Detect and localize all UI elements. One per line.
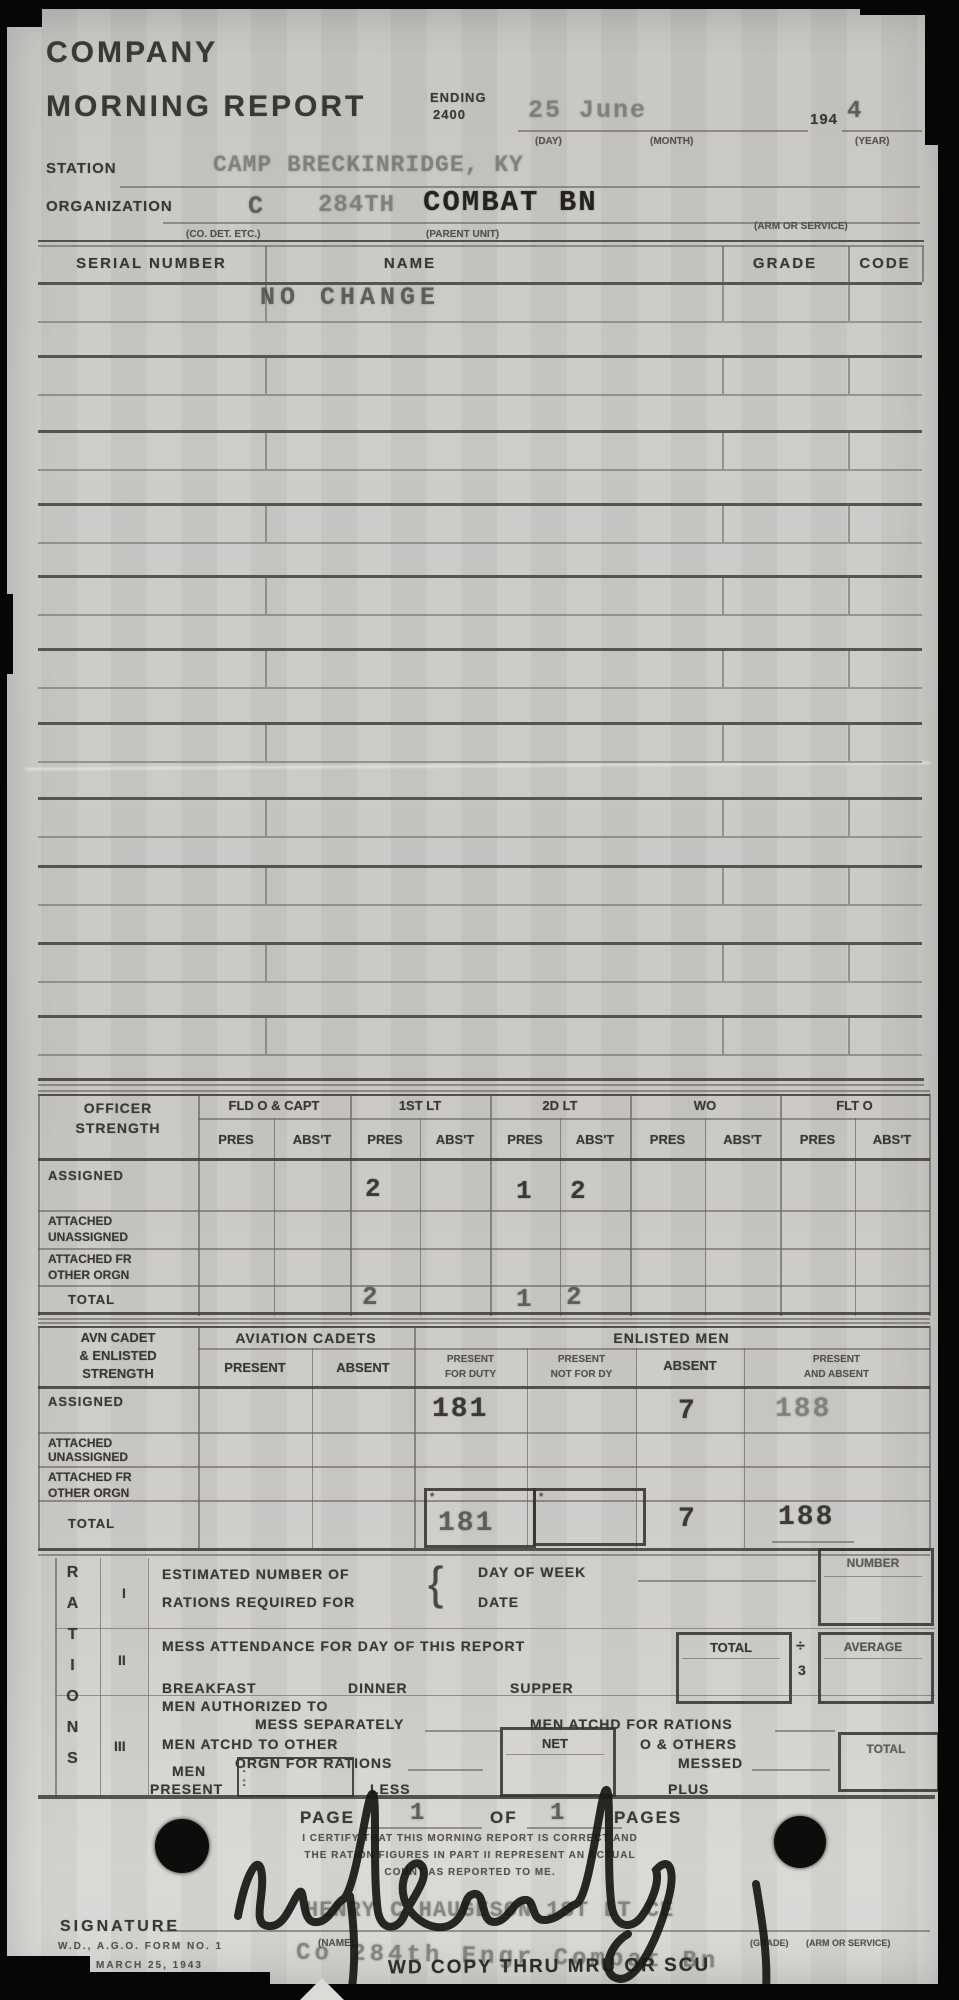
photo-edge-left-notch xyxy=(0,594,13,674)
officer-header-line2: STRENGTH xyxy=(58,1120,178,1136)
year-typed: 4 xyxy=(847,98,861,125)
officer-total-2dlt-abst: 2 xyxy=(566,1282,582,1312)
stray-mark: : xyxy=(242,1774,246,1789)
mess-total-label: TOTAL xyxy=(676,1640,786,1655)
col-present-and-absent-2: AND ABSENT xyxy=(744,1369,929,1380)
page-number: 1 xyxy=(410,1800,424,1827)
record-row xyxy=(38,797,922,838)
footnote-mark: * xyxy=(430,1491,434,1503)
ending-label: ENDING xyxy=(430,90,487,105)
record-row xyxy=(38,942,922,983)
col-present-not-for-dy-2: NOT FOR DY xyxy=(527,1369,636,1380)
pages-label: PAGES xyxy=(614,1808,682,1828)
year-label: (YEAR) xyxy=(855,136,889,147)
page-label: PAGE xyxy=(300,1808,355,1828)
enlisted-row-attached2b: OTHER ORGN xyxy=(48,1486,129,1500)
officer-group-1stlt: 1ST LT xyxy=(350,1098,490,1113)
records-col-name: NAME xyxy=(330,255,490,272)
rations-total-box xyxy=(838,1732,940,1792)
record-row xyxy=(38,430,922,471)
total-present-not-for-dy-box xyxy=(533,1488,646,1546)
parent-unit-label: (PARENT UNIT) xyxy=(426,229,499,240)
enlisted-total-present-for-duty: 181 xyxy=(438,1508,494,1539)
cadets-col-present: PRESENT xyxy=(198,1360,312,1375)
rations1-line2: RATIONS REQUIRED FOR xyxy=(162,1594,355,1610)
rations-numeral-2: II xyxy=(118,1652,126,1668)
of-label: OF xyxy=(490,1808,518,1828)
rations3-men: MEN xyxy=(172,1763,206,1779)
photo-edge-right-upper xyxy=(925,0,959,145)
rations2-supper: SUPPER xyxy=(510,1680,574,1696)
form-date: MARCH 25, 1943 xyxy=(96,1960,203,1971)
officer-total-1stlt-pres: 2 xyxy=(362,1282,378,1312)
record-row xyxy=(38,648,922,689)
photo-edge-top xyxy=(0,0,959,9)
divide-sign: ÷ xyxy=(796,1638,805,1656)
scanned-morning-report: COMPANY MORNING REPORT ENDING 2400 25 Ju… xyxy=(0,0,959,2000)
rations1-day-of-week: DAY OF WEEK xyxy=(478,1564,586,1580)
total-pages: 1 xyxy=(550,1800,564,1827)
enlisted-row-total: TOTAL xyxy=(68,1516,115,1531)
enlisted-total-absent: 7 xyxy=(678,1504,695,1535)
rations2-title: MESS ATTENDANCE FOR DAY OF THIS REPORT xyxy=(162,1638,525,1654)
rations3-less: LESS xyxy=(370,1781,411,1797)
record-row xyxy=(38,503,922,544)
officer-subcol-pres: PRES xyxy=(780,1132,855,1147)
rations3-line4: MEN ATCHD TO OTHER xyxy=(162,1736,338,1752)
enlisted-assigned-present-for-duty: 181 xyxy=(432,1394,488,1425)
day-label: (DAY) xyxy=(535,136,562,147)
col-present-for-duty-2: FOR DUTY xyxy=(414,1369,527,1380)
org-stamp-entry: COMBAT BN xyxy=(423,186,598,219)
rations3-line1: MEN AUTHORIZED TO xyxy=(162,1698,328,1714)
rations-numeral-3: III xyxy=(114,1738,126,1754)
col-present-for-duty-1: PRESENT xyxy=(414,1354,527,1365)
enlisted-header-line2: & ENLISTED xyxy=(58,1348,178,1363)
arm-service-label-footer: (ARM OR SERVICE) xyxy=(806,1938,890,1948)
officer-subcol-pres: PRES xyxy=(630,1132,705,1147)
officer-subcol-pres: PRES xyxy=(490,1132,560,1147)
certification-line2: THE RATION FIGURES IN PART II REPRESENT … xyxy=(285,1850,655,1861)
paper-corner-fold xyxy=(300,1978,344,2000)
officer-row-attached2a: ATTACHED FR xyxy=(48,1252,132,1266)
photo-edge-bottom-left2 xyxy=(80,1972,270,2000)
photo-edge-right xyxy=(938,0,959,2000)
certification-line1: I CERTIFY THAT THIS MORNING REPORT IS CO… xyxy=(285,1833,655,1844)
punch-hole-left xyxy=(155,1819,209,1873)
officer-subcol-abst: ABS'T xyxy=(274,1132,350,1147)
org-unit-entry: 284TH xyxy=(318,192,395,219)
punch-hole-right xyxy=(774,1816,826,1868)
photo-edge-left xyxy=(0,0,7,2000)
officer-group-2dlt: 2D LT xyxy=(490,1098,630,1113)
divide-three: 3 xyxy=(798,1662,806,1678)
rations3-line7: MESSED xyxy=(678,1755,743,1771)
stray-mark: : xyxy=(242,1760,246,1775)
officer-row-attached1b: UNASSIGNED xyxy=(48,1230,128,1244)
form-number: W.D., A.G.O. FORM NO. 1 xyxy=(58,1941,223,1952)
net-box-label: NET xyxy=(500,1736,610,1751)
form-title-line1: COMPANY xyxy=(46,36,218,70)
co-det-label: (CO. DET. ETC.) xyxy=(186,229,260,240)
officer-subcol-abst: ABS'T xyxy=(855,1132,929,1147)
station-entry: CAMP BRECKINRIDGE, KY xyxy=(213,152,524,178)
cadets-col-absent: ABSENT xyxy=(312,1360,414,1375)
record-row xyxy=(38,1015,922,1056)
officer-assigned-2dlt-abst: 2 xyxy=(570,1176,586,1206)
arm-service-label: (ARM OR SERVICE) xyxy=(754,221,848,232)
grade-label: (GRADE) xyxy=(750,1938,789,1948)
enlisted-row-attached2a: ATTACHED FR xyxy=(48,1470,132,1484)
record-row xyxy=(38,865,922,906)
month-label: (MONTH) xyxy=(650,136,693,147)
year-printed: 194 xyxy=(810,111,838,128)
col-present-not-for-dy-1: PRESENT xyxy=(527,1354,636,1365)
enlisted-row-attached1a: ATTACHED xyxy=(48,1436,112,1450)
wd-copy-stamp: WD COPY THRU MRU OR SCU xyxy=(388,1955,710,1980)
typed-name-entry: HENRY C HAUGESON 1ST LT CE xyxy=(305,1898,674,1923)
men-present-box xyxy=(237,1757,354,1797)
officer-group-wo: WO xyxy=(630,1098,780,1113)
enlisted-row-attached1b: UNASSIGNED xyxy=(48,1450,128,1464)
enlisted-total-present-and-absent: 188 xyxy=(778,1502,834,1533)
officer-subcol-abst: ABS'T xyxy=(560,1132,630,1147)
enlisted-row-assigned: ASSIGNED xyxy=(48,1394,124,1409)
officer-assigned-1stlt-pres: 2 xyxy=(365,1174,381,1204)
rations-total-label: TOTAL xyxy=(838,1742,934,1756)
enlisted-header-line3: STRENGTH xyxy=(58,1366,178,1381)
officer-subcol-abst: ABS'T xyxy=(705,1132,780,1147)
officer-row-attached2b: OTHER ORGN xyxy=(48,1268,129,1282)
record-row xyxy=(38,355,922,396)
record-row xyxy=(38,722,922,763)
officer-total-2dlt-pres: 1 xyxy=(516,1284,532,1314)
record-entry-no-change: NO CHANGE xyxy=(260,283,440,312)
form-title-line2: MORNING REPORT xyxy=(46,90,366,124)
station-label: STATION xyxy=(46,160,117,177)
rations1-brace: { xyxy=(428,1556,443,1610)
number-box-label: NUMBER xyxy=(818,1556,928,1570)
record-row xyxy=(38,575,922,616)
signature-label: SIGNATURE xyxy=(60,1918,180,1936)
photo-edge-bottom-left xyxy=(0,1956,90,2000)
officer-assigned-2dlt-pres: 1 xyxy=(516,1176,532,1206)
footnote-mark: * xyxy=(539,1491,543,1503)
records-col-serial: SERIAL NUMBER xyxy=(38,255,265,272)
rations2-dinner: DINNER xyxy=(348,1680,408,1696)
records-col-code: CODE xyxy=(848,255,922,272)
rations3-present: PRESENT xyxy=(150,1781,223,1797)
officer-subcol-pres: PRES xyxy=(198,1132,274,1147)
officer-row-attached1a: ATTACHED xyxy=(48,1214,112,1228)
org-company-entry: C xyxy=(248,192,263,221)
officer-row-assigned: ASSIGNED xyxy=(48,1168,124,1183)
officer-header-line1: OFFICER xyxy=(58,1100,178,1116)
officer-row-total: TOTAL xyxy=(68,1292,115,1307)
officer-group-fldo: FLD O & CAPT xyxy=(198,1098,350,1113)
certification-line3: COUNT AS REPORTED TO ME. xyxy=(285,1867,655,1878)
rations-numeral-1: I xyxy=(122,1585,126,1601)
group-aviation-cadets: AVIATION CADETS xyxy=(198,1330,414,1346)
organization-label: ORGANIZATION xyxy=(46,198,173,215)
rations1-date: DATE xyxy=(478,1594,519,1610)
rations2-breakfast: BREAKFAST xyxy=(162,1680,257,1696)
group-enlisted-men: ENLISTED MEN xyxy=(414,1330,929,1346)
ending-time: 2400 xyxy=(433,107,466,122)
rations-side-label: RATIONS xyxy=(63,1564,81,1792)
enlisted-assigned-absent: 7 xyxy=(678,1396,695,1427)
date-entry: 25 June xyxy=(528,96,647,125)
record-row xyxy=(38,282,922,323)
rations1-line1: ESTIMATED NUMBER OF xyxy=(162,1566,350,1582)
officer-subcol-abst: ABS'T xyxy=(420,1132,490,1147)
rations3-line2: MESS SEPARATELY xyxy=(255,1716,404,1732)
enlisted-header-line1: AVN CADET xyxy=(58,1330,178,1345)
col-present-and-absent-1: PRESENT xyxy=(744,1354,929,1365)
enlisted-assigned-present-and-absent: 188 xyxy=(775,1394,831,1425)
records-col-grade: GRADE xyxy=(722,255,848,272)
officer-subcol-pres: PRES xyxy=(350,1132,420,1147)
officer-group-flto: FLT O xyxy=(780,1098,929,1113)
rations3-plus: PLUS xyxy=(668,1781,709,1797)
rations3-line6: O & OTHERS xyxy=(640,1736,737,1752)
col-absent: ABSENT xyxy=(636,1358,744,1373)
mess-average-label: AVERAGE xyxy=(818,1640,928,1654)
